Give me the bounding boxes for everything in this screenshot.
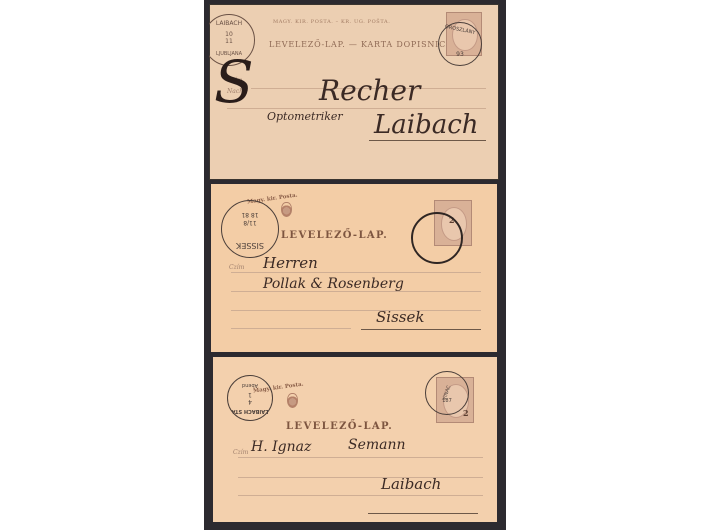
coat-of-arms-icon — [281, 202, 292, 217]
postmark-town: VINAC — [437, 372, 457, 414]
handwritten-firm: Pollak & Rosenberg — [263, 276, 404, 292]
field-label: Czím — [233, 449, 248, 456]
handwritten-city: Laibach — [381, 475, 441, 493]
address-line — [231, 310, 481, 311]
address-line — [231, 328, 351, 329]
address-line — [368, 513, 478, 514]
postmark-town: SISSEK — [222, 241, 278, 250]
card-header-title: LEVELEZŐ-LAP. — KARTA DOPISNICA. — [269, 40, 456, 49]
postmark-left: Abend 1 4 LAIBACH STA — [227, 375, 273, 421]
postmark-date: 93 — [439, 51, 481, 58]
handwritten-initial: S — [214, 48, 254, 116]
card-title: LEVELEZŐ-LAP. — [286, 421, 393, 432]
address-line — [238, 477, 483, 478]
address-line — [238, 457, 483, 458]
handwritten-recipient: H. Ignaz — [251, 439, 311, 455]
postmark-date: 4 — [228, 398, 272, 405]
postmark-right: OROSZLÁNY 93 — [438, 22, 482, 66]
handwritten-city: Sissek — [376, 308, 424, 326]
stamp-value: 2 — [463, 408, 469, 418]
postmark-sub: Abend — [228, 382, 272, 388]
handwritten-surname: Semann — [348, 437, 406, 453]
postmark-right — [411, 212, 463, 264]
postmark-town: LAIBACH — [209, 20, 254, 27]
postmark-left: 18 81 11/8 SISSEK — [221, 200, 279, 258]
address-line — [369, 140, 486, 141]
postcard-3: Magy. kir. Posta. LEVELEZŐ-LAP. 2 VINAC … — [213, 357, 497, 522]
handwritten-recipient: Herren — [263, 254, 318, 272]
postmark-date: 1 — [228, 391, 272, 398]
address-line — [231, 272, 481, 273]
card-header-small: MAGY. KIR. POSTA. – KR. UG. POŠTA. — [273, 19, 390, 25]
postcard-1: MAGY. KIR. POSTA. – KR. UG. POŠTA. LEVEL… — [209, 4, 499, 180]
address-line — [238, 495, 483, 496]
handwritten-occupation: Optometriker — [267, 110, 343, 123]
postmark-date: 18 81 — [222, 211, 278, 218]
card-title: LEVELEZŐ-LAP. — [281, 230, 388, 241]
postmark-town: LAIBACH STA — [228, 408, 272, 414]
postcard-2: Magy. kir. Posta. LEVELEZŐ-LAP. 2 18 81 … — [211, 184, 497, 352]
postmark-date: 11 — [209, 38, 254, 45]
address-line — [227, 108, 486, 109]
field-label: Czím — [229, 264, 244, 271]
postmark-date: 11/8 — [222, 219, 278, 226]
postmark-date: 187 — [426, 398, 468, 404]
handwritten-city: Laibach — [374, 110, 479, 140]
postmark-date: 10 — [209, 31, 254, 38]
postmark-right: VINAC 187 — [425, 371, 469, 415]
address-line — [361, 329, 481, 330]
coat-of-arms-icon — [287, 393, 298, 408]
handwritten-recipient: Recher — [319, 74, 420, 107]
